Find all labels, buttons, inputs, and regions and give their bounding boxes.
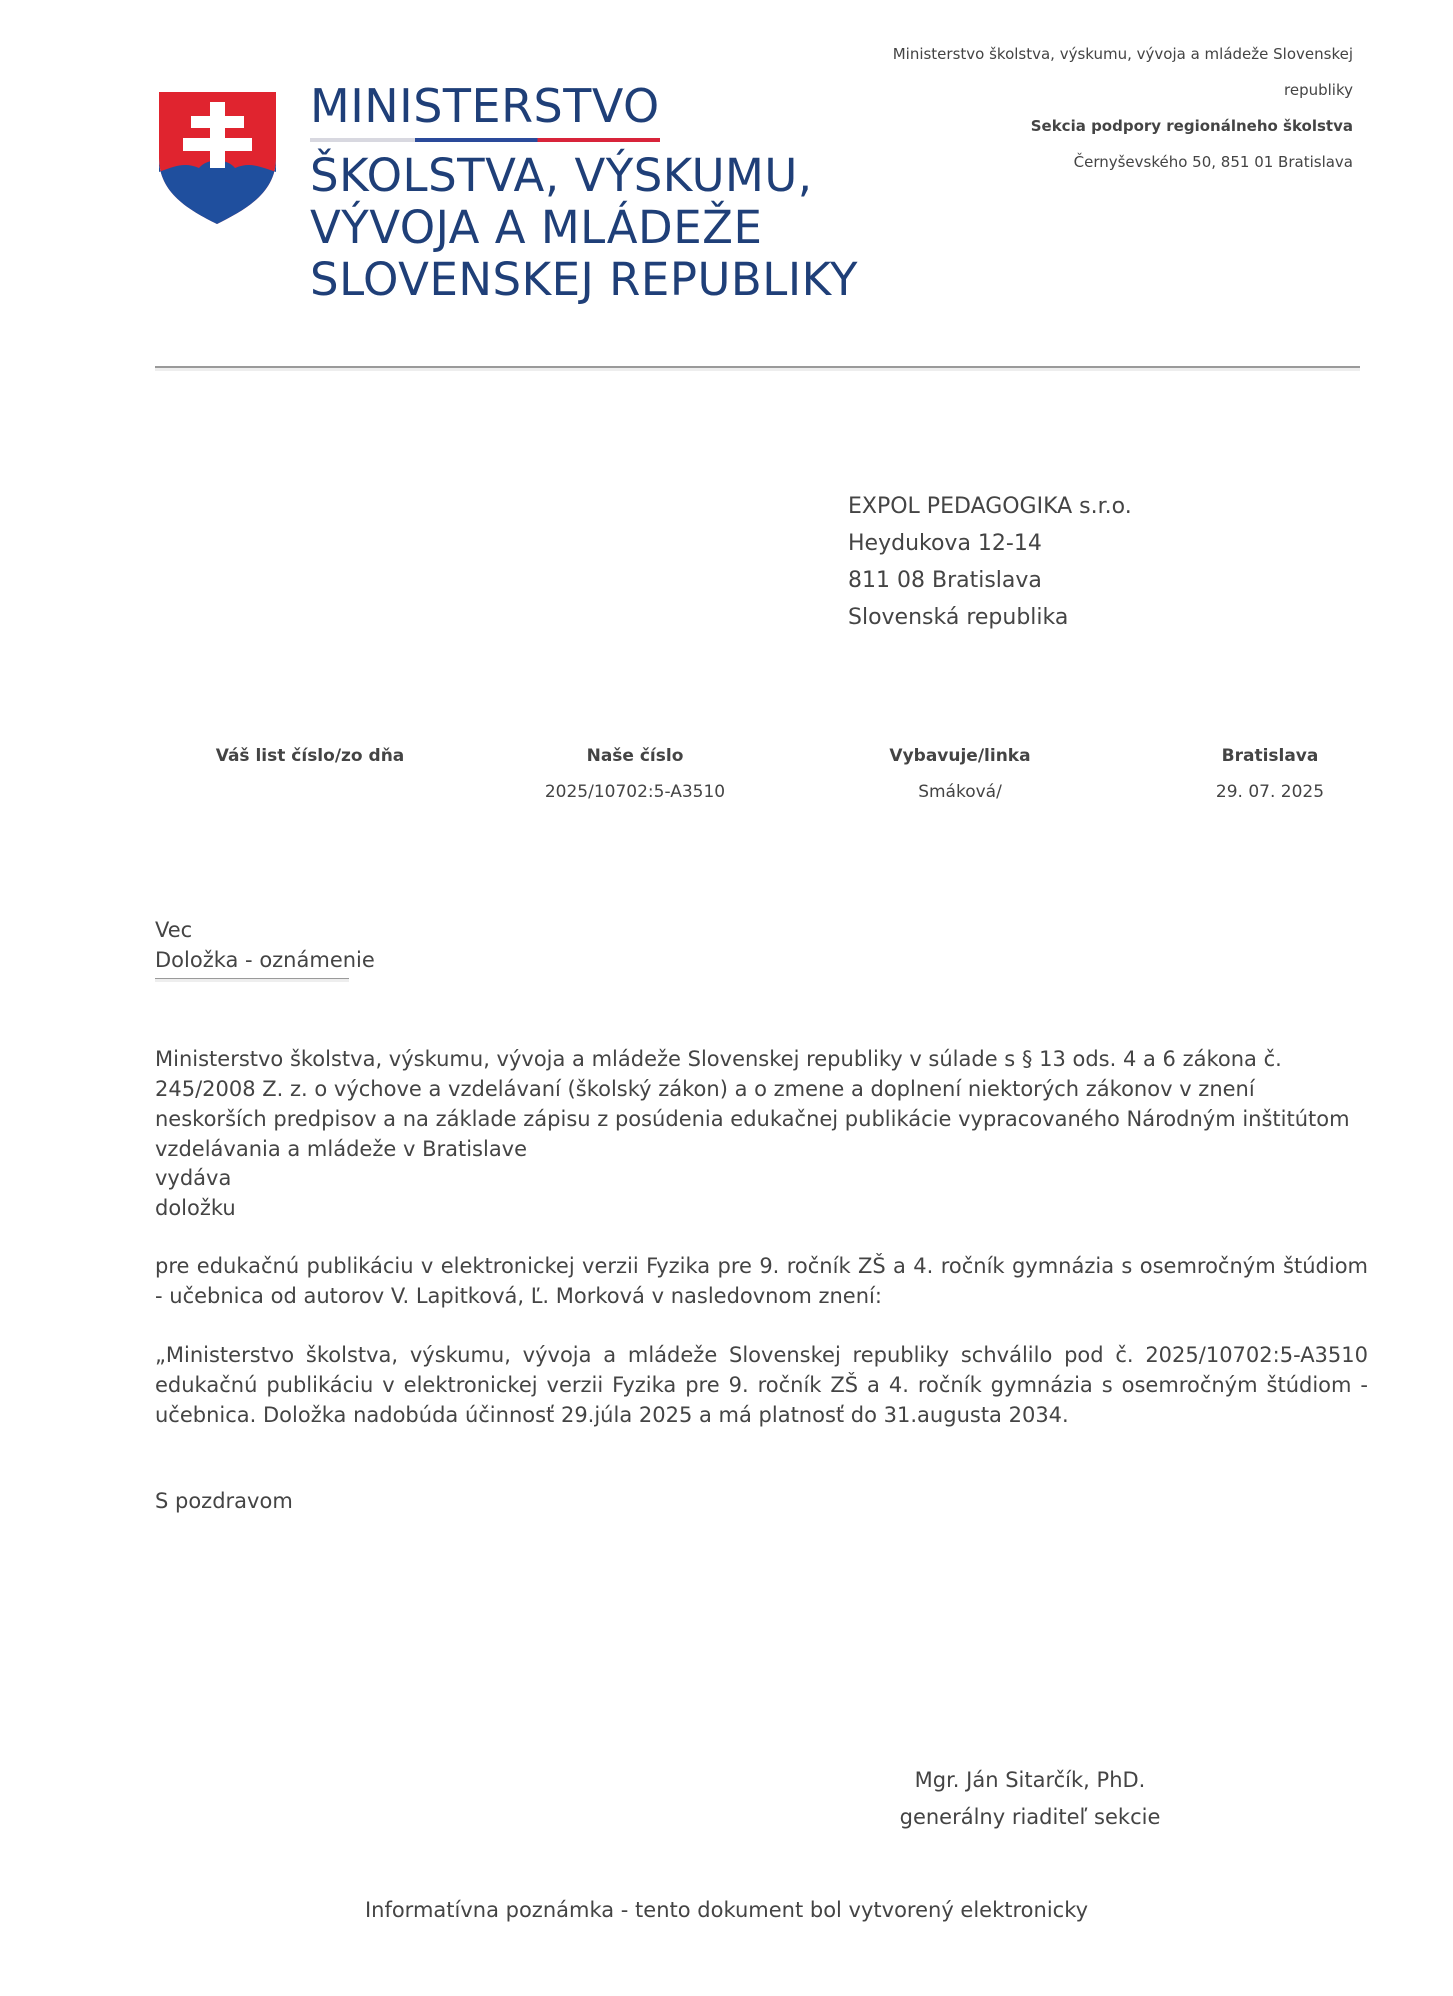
sender-section: Sekcia podpory regionálneho školstva [893, 108, 1353, 144]
body-paragraph-publication: pre edukačnú publikáciu v elektronickej … [155, 1251, 1368, 1311]
subject-underline [155, 978, 349, 982]
ministry-logo-text: MINISTERSTVO ŠKOLSTVA, VÝSKUMU, VÝVOJA A… [310, 80, 858, 306]
reference-place-date: Bratislava 29. 07. 2025 [1180, 738, 1360, 810]
sender-address: Ministerstvo školstva, výskumu, vývoja a… [893, 36, 1353, 180]
reference-value: 2025/10702:5-A3510 [520, 774, 750, 810]
reference-header: Váš list číslo/zo dňa [210, 738, 410, 774]
reference-header: Naše číslo [520, 738, 750, 774]
body-paragraph-intro: Ministerstvo školstva, výskumu, vývoja a… [155, 1044, 1368, 1164]
subject-title: Doložka - oznámenie [155, 945, 375, 975]
reference-header: Vybavuje/linka [860, 738, 1060, 774]
logo-line: MINISTERSTVO [310, 80, 858, 132]
body-paragraph-clause-text: „Ministerstvo školstva, výskumu, vývoja … [155, 1340, 1368, 1430]
signatory-name: Mgr. Ján Sitarčík, PhD. [880, 1762, 1180, 1799]
header-divider [155, 366, 1360, 371]
subject-block: Vec Doložka - oznámenie [155, 915, 375, 975]
footer-note: Informatívna poznámka - tento dokument b… [0, 1898, 1453, 1922]
reference-our-number: Naše číslo 2025/10702:5-A3510 [520, 738, 750, 810]
recipient-address: EXPOL PEDAGOGIKA s.r.o. Heydukova 12-14 … [848, 488, 1132, 636]
sender-line: republiky [893, 72, 1353, 108]
reference-header: Bratislava [1180, 738, 1360, 774]
issues-verb: vydáva [155, 1163, 1368, 1193]
logo-line: ŠKOLSTVA, VÝSKUMU, [310, 150, 858, 202]
reference-value: Smáková/ [860, 774, 1060, 810]
logo-tricolor-rule [310, 138, 660, 142]
subject-label: Vec [155, 915, 375, 945]
reference-handled-by: Vybavuje/linka Smáková/ [860, 738, 1060, 810]
signature-block: Mgr. Ján Sitarčík, PhD. generálny riadit… [880, 1762, 1180, 1836]
greeting: S pozdravom [155, 1486, 1368, 1516]
logo-line: VÝVOJA A MLÁDEŽE [310, 202, 858, 254]
logo-line: SLOVENSKEJ REPUBLIKY [310, 254, 858, 306]
reference-value: 29. 07. 2025 [1180, 774, 1360, 810]
signatory-title: generálny riaditeľ sekcie [880, 1799, 1180, 1836]
sender-street: Černyševského 50, 851 01 Bratislava [893, 144, 1353, 180]
recipient-street: Heydukova 12-14 [848, 525, 1132, 562]
reference-your-letter: Váš list číslo/zo dňa [210, 738, 410, 774]
coat-of-arms-icon [155, 88, 280, 226]
body-issues-block: vydáva doložku [155, 1163, 1368, 1223]
sender-line: Ministerstvo školstva, výskumu, vývoja a… [893, 36, 1353, 72]
recipient-name: EXPOL PEDAGOGIKA s.r.o. [848, 488, 1132, 525]
recipient-country: Slovenská republika [848, 599, 1132, 636]
recipient-city: 811 08 Bratislava [848, 562, 1132, 599]
clause-noun: doložku [155, 1193, 1368, 1223]
